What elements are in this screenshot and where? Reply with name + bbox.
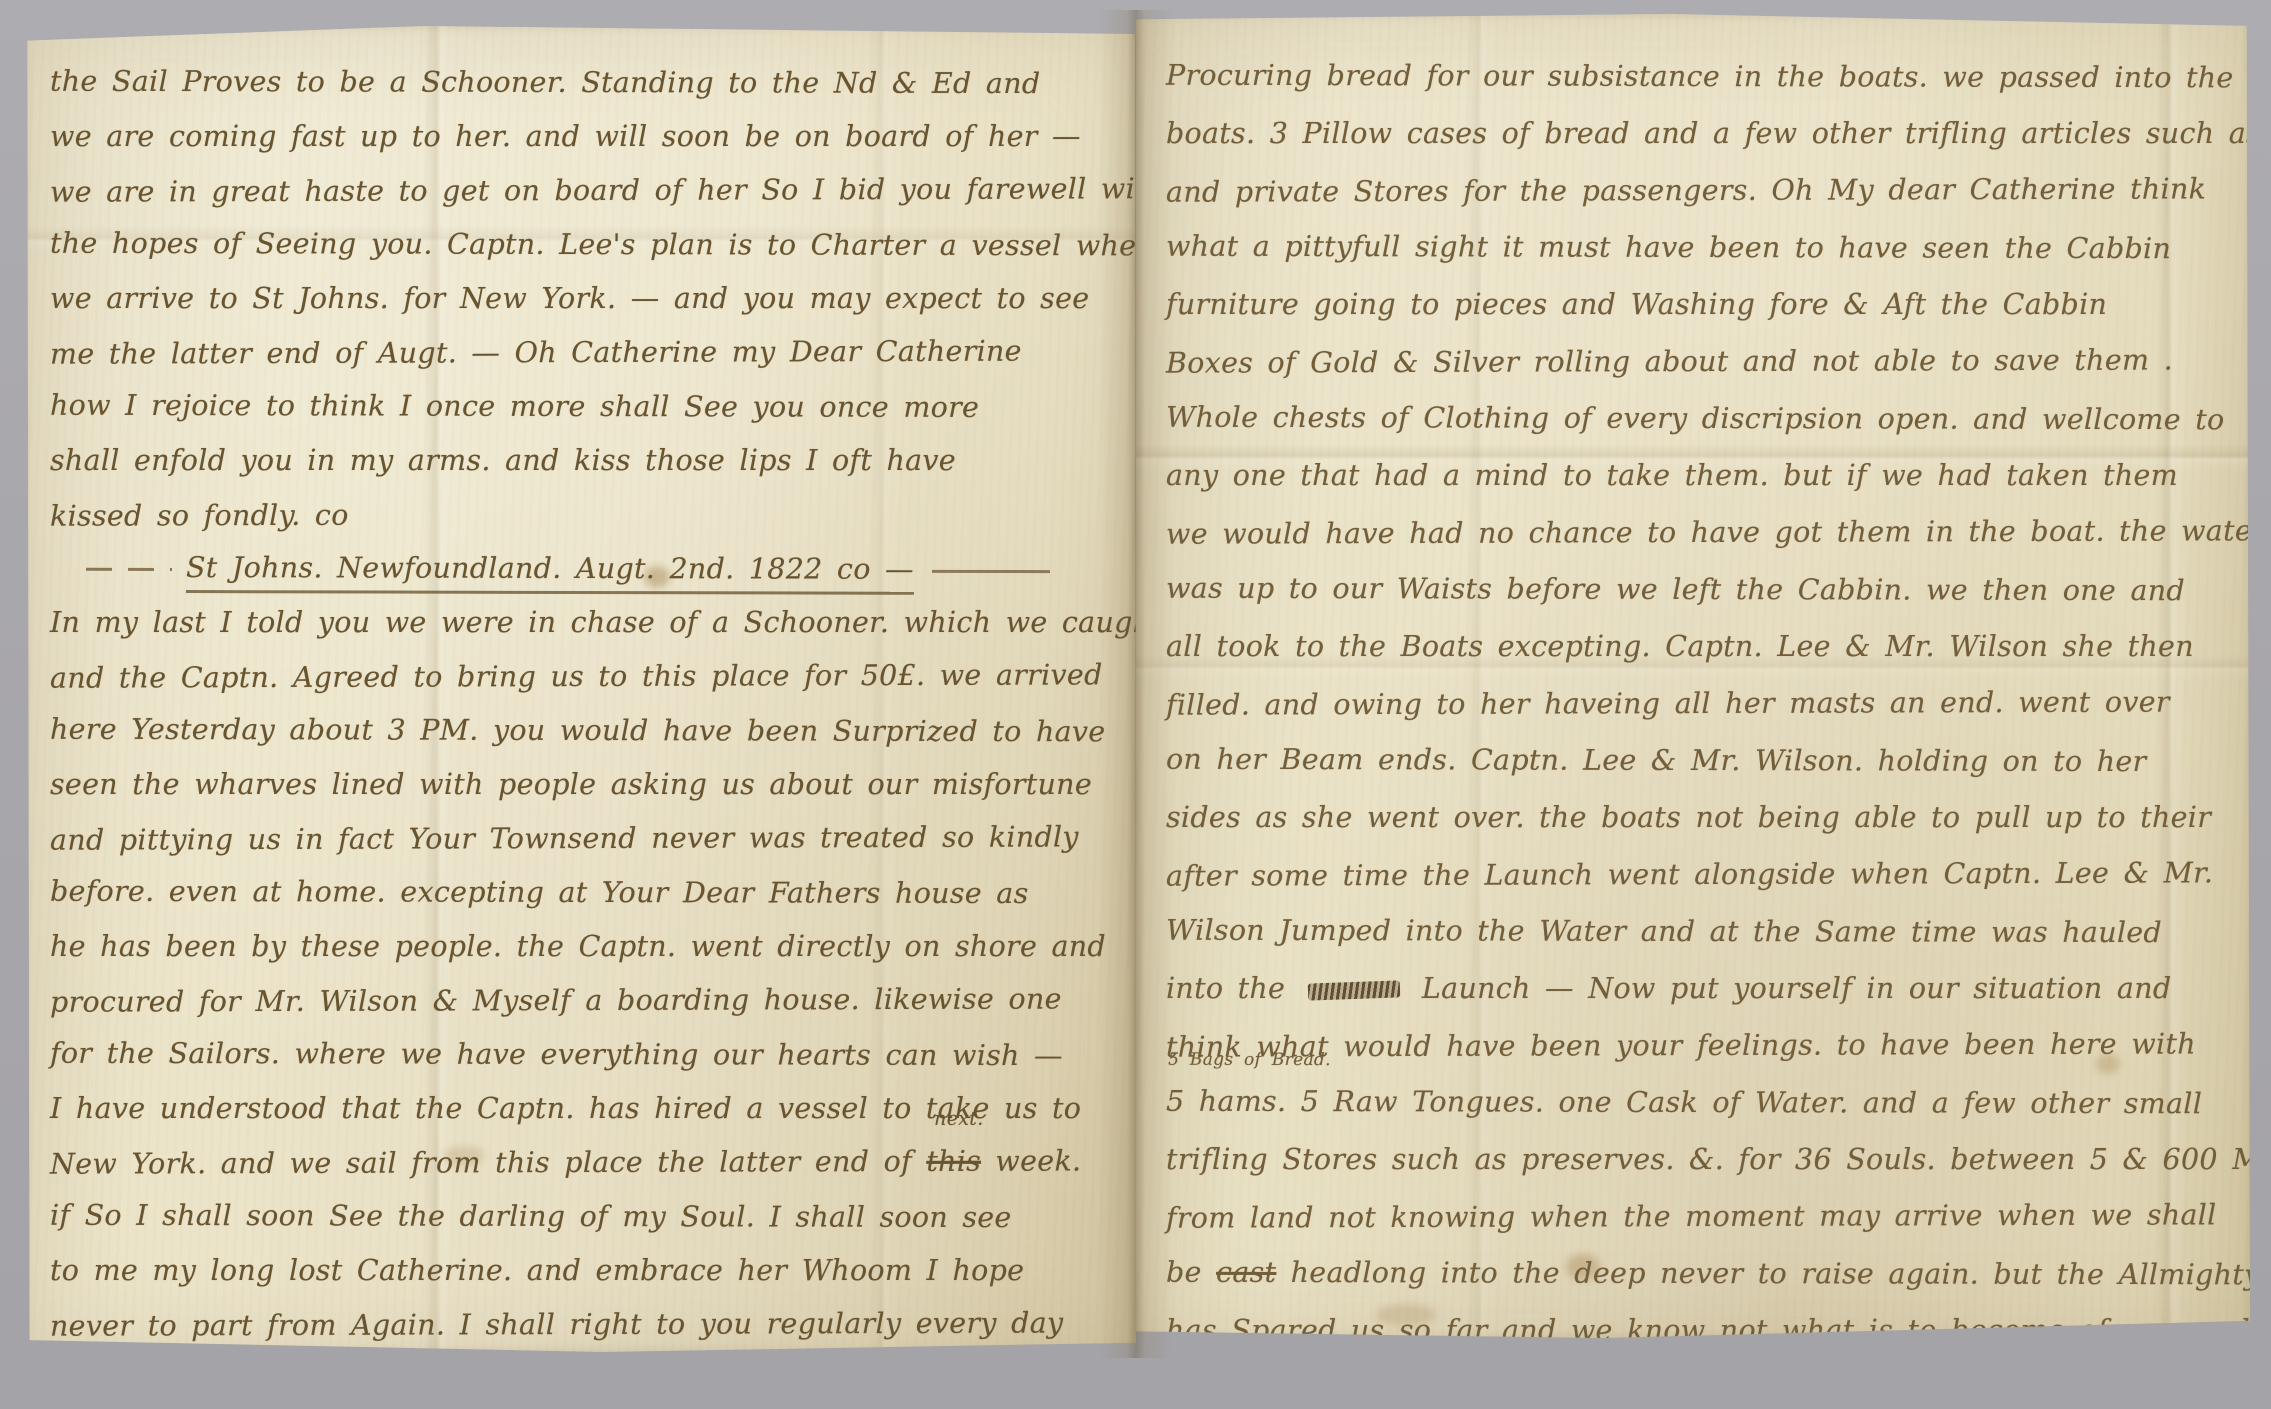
letter-line: what a pittyfull sight it must have been…: [1166, 218, 2238, 278]
letter-line: furniture going to pieces and Washing fo…: [1166, 276, 2238, 333]
letter-line: procured for Mr. Wilson & Myself a board…: [50, 972, 1118, 1029]
letter-line: filled. and owing to her haveing all her…: [1166, 673, 2238, 733]
letter-line: and the Captn. Agreed to bring us to thi…: [50, 648, 1118, 705]
letter-line: before. even at home. excepting at Your …: [50, 865, 1118, 922]
line-text: headlong into the deep never to raise ag…: [1276, 1256, 2250, 1291]
interline-note: 5 Bags of Bread.: [1168, 1052, 1331, 1069]
letter-line: from land not knowing when the moment ma…: [1166, 1186, 2238, 1246]
left-page-text: the Sail Proves to be a Schooner. Standi…: [50, 56, 1118, 1352]
letter-line: seen the wharves lined with people askin…: [50, 758, 1118, 812]
letter-line: how I rejoice to think I once more shall…: [50, 379, 1118, 436]
letter-line: boats. 3 Pillow cases of bread and a few…: [1166, 105, 2238, 162]
letter-line-with-correction: be cast headlong into the deep never to …: [1166, 1244, 2238, 1304]
correction: next.this: [926, 1135, 981, 1189]
line-text: be: [1166, 1256, 1216, 1289]
letter-line: after some time the Launch went alongsid…: [1166, 844, 2238, 904]
letter-line: In my last I told you we were in chase o…: [50, 596, 1118, 650]
dateline: St Johns. Newfoundland. Augt. 2nd. 1822 …: [50, 541, 1118, 598]
line-text: 5 hams. 5 Raw Tongues. one Cask of Water…: [1166, 1085, 2202, 1121]
inserted-word: next.: [934, 1110, 983, 1129]
letter-line: we arrive to St Johns. for New York. — a…: [50, 272, 1118, 326]
letter-line: sides as she went over. the boats not be…: [1166, 789, 2238, 846]
letter-line: any one that had a mind to take them. bu…: [1166, 447, 2238, 504]
letter-line: to me my long lost Catherine. and embrac…: [50, 1244, 1118, 1298]
struck-word: this: [926, 1145, 981, 1178]
letter-page-right: Procuring bread for our subsistance in t…: [1136, 14, 2250, 1338]
letter-line: Whole chests of Clothing of every discri…: [1166, 389, 2238, 449]
line-text: week.: [981, 1144, 1081, 1177]
letter-line: here Yesterday about 3 PM. you would hav…: [50, 703, 1118, 760]
letter-line-with-scribble: into the Launch — Now put yourself in ou…: [1166, 960, 2238, 1017]
struck-word: cast: [1216, 1256, 1276, 1289]
letter-line: me the latter end of Augt. — Oh Catherin…: [50, 324, 1118, 381]
letter-page-left: the Sail Proves to be a Schooner. Standi…: [24, 26, 1136, 1352]
letter-line: kissed so fondly. co: [50, 486, 1118, 543]
letter-line: Wilson Jumped into the Water and at the …: [1166, 902, 2238, 962]
letter-line: and pittying us in fact Your Townsend ne…: [50, 810, 1118, 867]
letter-line: shall enfold you in my arms. and kiss th…: [50, 434, 1118, 488]
letter-line: on her Beam ends. Captn. Lee & Mr. Wilso…: [1166, 731, 2238, 791]
ink-scribble: [1307, 980, 1400, 1000]
letter-line: we are coming fast up to her. and will s…: [50, 110, 1118, 164]
letter-line: all took to the Boats excepting. Captn. …: [1166, 618, 2238, 675]
letter-line: has Spared us so far and we know not wha…: [1166, 1302, 2238, 1338]
letter-line-with-correction: New York. and we sail from this place th…: [50, 1134, 1118, 1191]
letter-line: was up to our Waists before we left the …: [1166, 560, 2238, 620]
letter-line: if So I shall soon See the darling of my…: [50, 1189, 1118, 1246]
right-page-text: Procuring bread for our subsistance in t…: [1166, 48, 2238, 1338]
letter-line: Procuring bread for our subsistance in t…: [1166, 47, 2238, 107]
line-text: into the: [1166, 972, 1300, 1005]
letter-line: we would have had no chance to have got …: [1166, 502, 2238, 562]
scanned-letter-spread: the Sail Proves to be a Schooner. Standi…: [0, 0, 2271, 1409]
letter-line: trifling Stores such as preserves. &. fo…: [1166, 1131, 2238, 1188]
letter-line: for the Sailors. where we have everythin…: [50, 1027, 1118, 1084]
letter-line: the Sail Proves to be a Schooner. Standi…: [50, 55, 1118, 112]
line-text: New York. and we sail from this place th…: [50, 1145, 926, 1181]
letter-line-with-interline-note: 5 Bags of Bread.5 hams. 5 Raw Tongues. o…: [1166, 1073, 2238, 1133]
letter-line: Boxes of Gold & Silver rolling about and…: [1166, 331, 2238, 391]
letter-line: he has been by these people. the Captn. …: [50, 920, 1118, 974]
letter-line: we are in great haste to get on board of…: [50, 162, 1118, 219]
dateline-text: St Johns. Newfoundland. Augt. 2nd. 1822 …: [186, 551, 914, 595]
letter-line: never to part from Again. I shall right …: [50, 1296, 1118, 1352]
line-text: Launch — Now put yourself in our situati…: [1408, 972, 2172, 1005]
letter-line: and private Stores for the passengers. O…: [1166, 160, 2238, 220]
letter-line: the hopes of Seeing you. Captn. Lee's pl…: [50, 217, 1118, 274]
